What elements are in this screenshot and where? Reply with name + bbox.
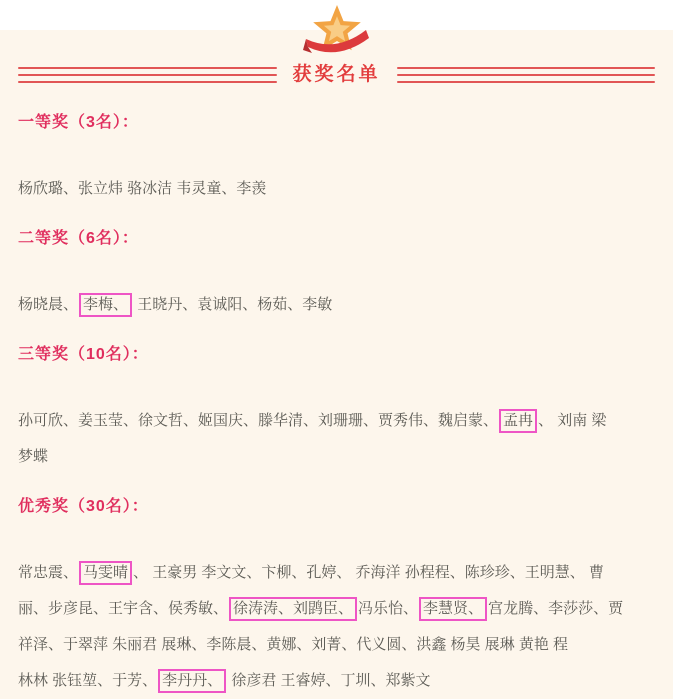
name-text: 、 刘南 梁: [538, 412, 606, 429]
names-paragraph: 孙可欣、姜玉莹、徐文哲、姬国庆、滕华清、刘珊珊、贾秀伟、魏启蒙、孟冉、 刘南 梁…: [18, 403, 663, 475]
name-text: 、 王豪男 李文文、卞柳、孔婷、 乔海洋 孙程程、陈珍珍、王明慧、 曹: [133, 564, 604, 581]
name-text: 常忠震、: [18, 564, 78, 581]
highlighted-name: 马雯晴: [79, 561, 132, 585]
name-text: 丽、步彦昆、王宇含、侯秀敏、: [18, 600, 228, 617]
name-text: 王晓丹、袁诚阳、杨茹、李敏: [133, 296, 332, 313]
name-line: 祥泽、于翠萍 朱丽君 展琳、李陈晨、黄娜、刘菁、代义圆、洪鑫 杨昊 展琳 黄艳 …: [18, 627, 663, 663]
name-text: 徐彦君 王睿婷、丁圳、郑紫文: [227, 672, 430, 689]
name-line: 孙可欣、姜玉莹、徐文哲、姬国庆、滕华清、刘珊珊、贾秀伟、魏启蒙、孟冉、 刘南 梁: [18, 403, 663, 439]
award-section: 优秀奖（30名）：常忠震、马雯晴、 王豪男 李文文、卞柳、孔婷、 乔海洋 孙程程…: [18, 495, 663, 699]
award-announcement-page: 获奖名单 一等奖（3名）：杨欣璐、张立炜 骆冰洁 韦灵童、李羡二等奖（6名）：杨…: [0, 0, 673, 699]
name-text: 宫龙腾、李莎莎、贾: [488, 600, 623, 617]
award-section: 三等奖（10名）：孙可欣、姜玉莹、徐文哲、姬国庆、滕华清、刘珊珊、贾秀伟、魏启蒙…: [18, 343, 663, 475]
title-divider-row: 获奖名单: [18, 63, 655, 87]
highlighted-name: 李慧贤、: [419, 597, 487, 621]
name-line: 杨晓晨、李梅、 王晓丹、袁诚阳、杨茹、李敏: [18, 287, 663, 323]
right-rule-lines: [397, 67, 656, 83]
section-heading: 一等奖（3名）：: [18, 111, 663, 135]
section-heading: 二等奖（6名）：: [18, 227, 663, 251]
sections: 一等奖（3名）：杨欣璐、张立炜 骆冰洁 韦灵童、李羡二等奖（6名）：杨晓晨、李梅…: [18, 111, 663, 699]
names-paragraph: 常忠震、马雯晴、 王豪男 李文文、卞柳、孔婷、 乔海洋 孙程程、陈珍珍、王明慧、…: [18, 555, 663, 699]
page-title: 获奖名单: [277, 63, 397, 87]
highlighted-name: 孟冉: [499, 409, 537, 433]
name-line: 杨欣璐、张立炜 骆冰洁 韦灵童、李羡: [18, 171, 663, 207]
names-paragraph: 杨欣璐、张立炜 骆冰洁 韦灵童、李羡: [18, 171, 663, 207]
highlighted-name: 徐涛涛、刘鹍臣、: [229, 597, 357, 621]
name-text: 杨晓晨、: [18, 296, 78, 313]
award-list: 一等奖（3名）：杨欣璐、张立炜 骆冰洁 韦灵童、李羡二等奖（6名）：杨晓晨、李梅…: [0, 111, 673, 699]
star-ribbon-icon: [302, 3, 372, 61]
section-heading: 三等奖（10名）：: [18, 343, 663, 367]
name-text: 林林 张钰堃、于芳、: [18, 672, 157, 689]
section-heading: 优秀奖（30名）：: [18, 495, 663, 519]
highlighted-name: 李梅、: [79, 293, 132, 317]
name-line: 丽、步彦昆、王宇含、侯秀敏、徐涛涛、刘鹍臣、冯乐怡、李慧贤、宫龙腾、李莎莎、贾: [18, 591, 663, 627]
name-text: 冯乐怡、: [358, 600, 418, 617]
name-text: 梦蝶: [18, 448, 48, 465]
name-text: 孙可欣、姜玉莹、徐文哲、姬国庆、滕华清、刘珊珊、贾秀伟、魏启蒙、: [18, 412, 498, 429]
name-line: 林林 张钰堃、于芳、李丹丹、 徐彦君 王睿婷、丁圳、郑紫文: [18, 663, 663, 699]
name-line: 常忠震、马雯晴、 王豪男 李文文、卞柳、孔婷、 乔海洋 孙程程、陈珍珍、王明慧、…: [18, 555, 663, 591]
award-section: 一等奖（3名）：杨欣璐、张立炜 骆冰洁 韦灵童、李羡: [18, 111, 663, 207]
name-text: 祥泽、于翠萍 朱丽君 展琳、李陈晨、黄娜、刘菁、代义圆、洪鑫 杨昊 展琳 黄艳 …: [18, 636, 568, 653]
left-rule-lines: [18, 67, 277, 83]
name-text: 杨欣璐、张立炜 骆冰洁 韦灵童、李羡: [18, 180, 266, 197]
highlighted-name: 李丹丹、: [158, 669, 226, 693]
name-line: 梦蝶: [18, 439, 663, 475]
names-paragraph: 杨晓晨、李梅、 王晓丹、袁诚阳、杨茹、李敏: [18, 287, 663, 323]
award-section: 二等奖（6名）：杨晓晨、李梅、 王晓丹、袁诚阳、杨茹、李敏: [18, 227, 663, 323]
